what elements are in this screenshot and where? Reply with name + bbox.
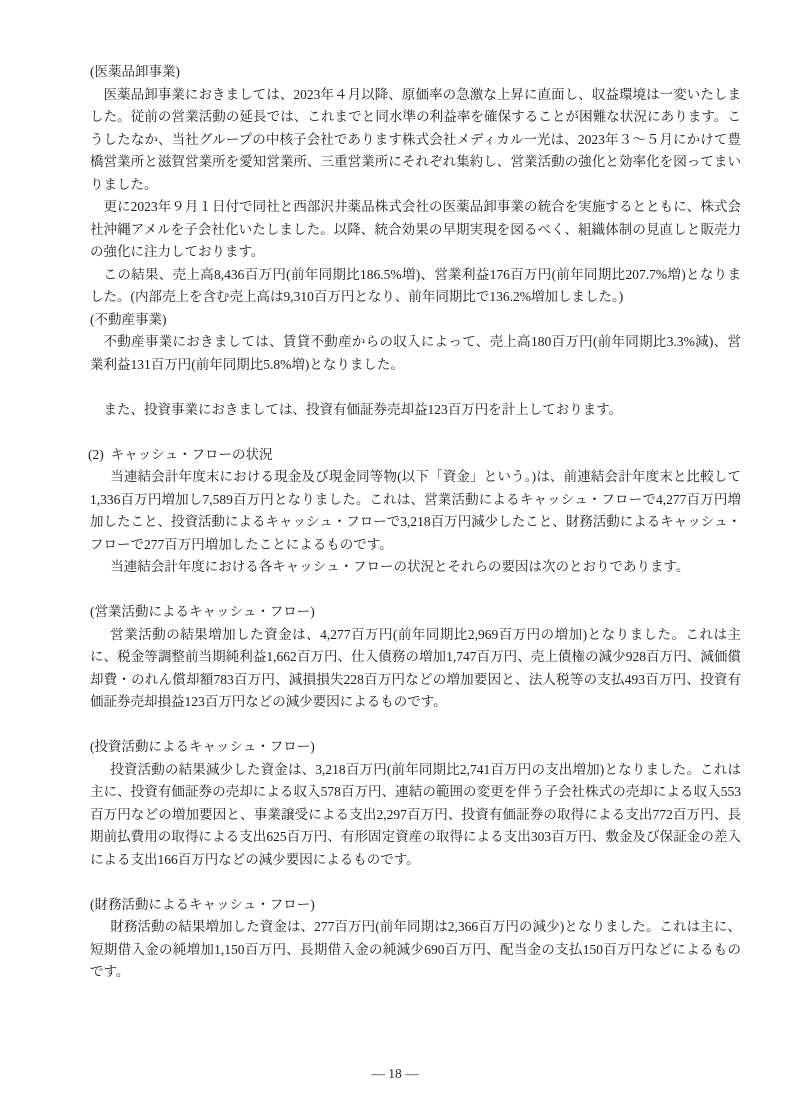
cashflow-intro-paragraph-1: 当連結会計年度末における現金及び現金同等物(以下「資金」という。)は、前連結会計… [90,466,741,556]
pharma-segment-heading: (医薬品卸事業) [90,61,741,84]
investment-note-paragraph: また、投資事業におきましては、投資有価証券売却益123百万円を計上しております。 [90,399,741,422]
pharma-paragraph-3: この結果、売上高8,436百万円(前年同期比186.5%増)、営業利益176百万… [90,264,741,309]
document-content: (医薬品卸事業) 医薬品卸事業におきましては、2023年４月以降、原価率の急激な… [90,61,741,984]
realestate-segment-heading: (不動産事業) [90,309,741,332]
pharma-paragraph-2: 更に2023年９月１日付で同社と西部沢井薬品株式会社の医薬品卸事業の統合を実施す… [90,196,741,264]
financing-cashflow-heading: (財務活動によるキャッシュ・フロー) [90,894,741,917]
cashflow-section-body: 当連結会計年度末における現金及び現金同等物(以下「資金」という。)は、前連結会計… [90,466,741,984]
report-page: (医薬品卸事業) 医薬品卸事業におきましては、2023年４月以降、原価率の急激な… [0,0,790,1118]
page-number-footer: ― 18 ― [0,1064,790,1084]
cashflow-intro-paragraph-2: 当連結会計年度における各キャッシュ・フローの状況とそれらの要因は次のとおりであり… [90,556,741,579]
operating-cashflow-paragraph: 営業活動の結果増加した資金は、4,277百万円(前年同期比2,969百万円の増加… [90,624,741,714]
realestate-paragraph: 不動産事業におきましては、賃貸不動産からの収入によって、売上高180百万円(前年… [90,331,741,376]
operating-cashflow-heading: (営業活動によるキャッシュ・フロー) [90,601,741,624]
cashflow-section-title: キャッシュ・フローの状況 [111,444,273,467]
pharma-paragraph-1: 医薬品卸事業におきましては、2023年４月以降、原価率の急激な上昇に直面し、収益… [90,84,741,197]
cashflow-section-header: (2) キャッシュ・フローの状況 [90,444,741,467]
cashflow-section-number: (2) [88,444,111,467]
investing-cashflow-paragraph: 投資活動の結果減少した資金は、3,218百万円(前年同期比2,741百万円の支出… [90,759,741,872]
financing-cashflow-paragraph: 財務活動の結果増加した資金は、277百万円(前年同期は2,366百万円の減少)と… [90,916,741,984]
investing-cashflow-heading: (投資活動によるキャッシュ・フロー) [90,736,741,759]
